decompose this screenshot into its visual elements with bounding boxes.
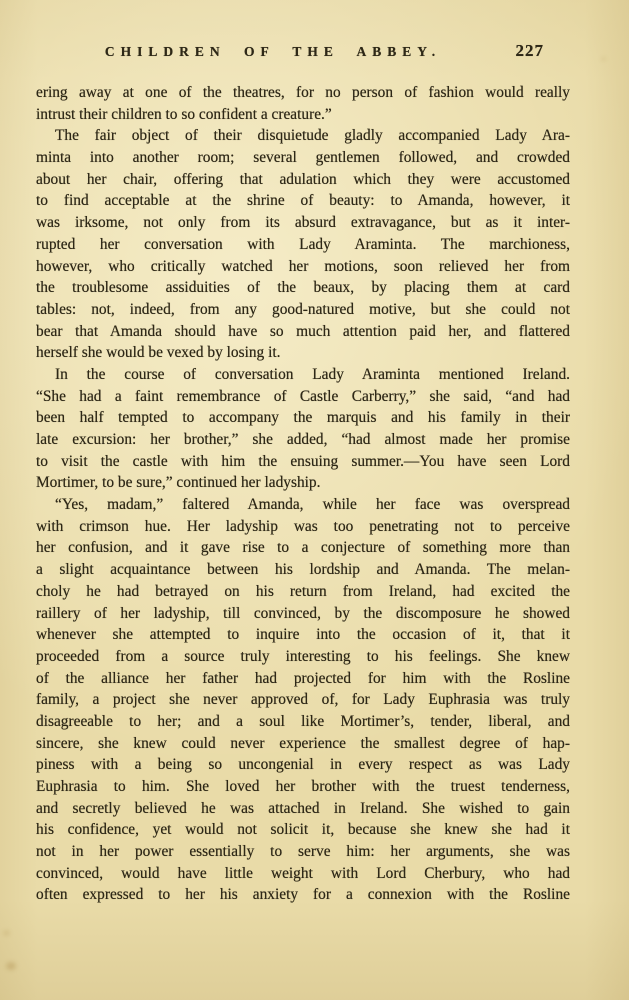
text-line: not in her power essentially to serve hi… <box>36 841 570 863</box>
text-line: was irksome, not only from its absurd ex… <box>36 212 570 234</box>
text-line: convinced, would have little weight with… <box>36 863 570 885</box>
paper-fox-spot <box>3 930 10 936</box>
text-line: to visit the castle with him the ensuing… <box>36 451 570 473</box>
text-line: and secretly believed he was attached in… <box>36 798 570 820</box>
text-line: whenever she attempted to inquire into t… <box>36 624 570 646</box>
paper-fox-spot <box>601 57 606 61</box>
text-line: “Yes, madam,” faltered Amanda, while her… <box>36 494 570 516</box>
text-line: sincere, she knew could never experience… <box>36 733 570 755</box>
text-line: been half tempted to accompany the marqu… <box>36 407 570 429</box>
text-line: often expressed to her his anxiety for a… <box>36 884 570 906</box>
text-line: piness with a being so uncongenial in ev… <box>36 754 570 776</box>
book-page-scan: CHILDREN OF THE ABBEY. 227 ering away at… <box>0 0 629 1000</box>
text-line: minta into another room; several gentlem… <box>36 147 570 169</box>
text-line: bear that Amanda should have so much att… <box>36 321 570 343</box>
text-line: of the alliance her father had projected… <box>36 668 570 690</box>
text-line: late excursion: her brother,” she added,… <box>36 429 570 451</box>
text-line: about her chair, offering that adulation… <box>36 169 570 191</box>
text-line: rupted her conversation with Lady Aramin… <box>36 234 570 256</box>
text-line: ering away at one of the theatres, for n… <box>36 82 570 104</box>
text-line: the troublesome assiduities of the beaux… <box>36 277 570 299</box>
text-line: disagreeable to her; and a soul like Mor… <box>36 711 570 733</box>
text-line: proceeded from a source truly interestin… <box>36 646 570 668</box>
text-line: herself she would be vexed by losing it. <box>36 342 570 364</box>
text-line: choly he had betrayed on his return from… <box>36 581 570 603</box>
text-line: a slight acquaintance between his lordsh… <box>36 559 570 581</box>
text-line: family, a project she never approved of,… <box>36 689 570 711</box>
text-line: In the course of conversation Lady Arami… <box>36 364 570 386</box>
text-line: her confusion, and it gave rise to a con… <box>36 537 570 559</box>
text-line: to find acceptable at the shrine of beau… <box>36 190 570 212</box>
text-line: “She had a faint remembrance of Castle C… <box>36 386 570 408</box>
text-line: his confidence, yet would not solicit it… <box>36 819 570 841</box>
text-line: tables: not, indeed, from any good-natur… <box>36 299 570 321</box>
text-line: with crimson hue. Her ladyship was too p… <box>36 516 570 538</box>
text-line: intrust their children to so confident a… <box>36 104 570 126</box>
text-line: Euphrasia to him. She loved her brother … <box>36 776 570 798</box>
text-block: ering away at one of the theatres, for n… <box>36 82 570 906</box>
text-line: raillery of her ladyship, till convinced… <box>36 603 570 625</box>
text-line: Mortimer, to be sure,” continued her lad… <box>36 472 570 494</box>
text-line: The fair object of their disquietude gla… <box>36 125 570 147</box>
page-number: 227 <box>516 41 545 61</box>
paper-fox-spot <box>6 962 16 970</box>
text-line: however, who critically watched her moti… <box>36 256 570 278</box>
running-title: CHILDREN OF THE ABBEY. <box>36 44 570 60</box>
running-head: CHILDREN OF THE ABBEY. 227 <box>36 44 570 64</box>
